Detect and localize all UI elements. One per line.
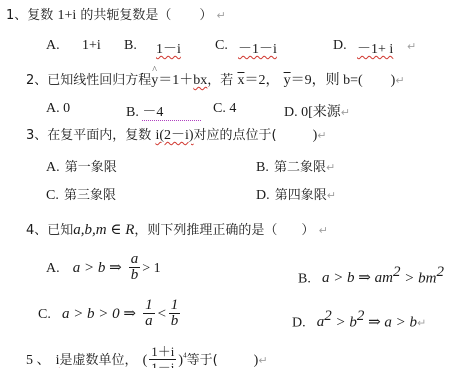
question-2-stem: 2、已知线性回归方程y＝1＋bx，若 x＝2， y＝9，则 b=()↵ [26,73,405,89]
question-number: 4、 [26,223,47,238]
option-label: D. [256,188,270,203]
paragraph-mark-icon: ↵ [319,224,328,237]
q2-option-d: D. 0[来源↵ [284,101,350,121]
option-label: C. [213,101,226,116]
stem-text: 复数 [27,8,53,23]
stem-text: 等于( [187,353,218,368]
q4-option-c: C. a > b > 0 ⇒ 1a<1b [38,298,182,329]
option-label: B. [256,160,269,175]
denominator: 1－i [149,360,176,368]
math-expression: bx [193,73,207,88]
fraction: 1b [169,298,181,329]
math-expression: > 1 [142,261,160,276]
stem-text: 在复平面内，复数 [47,128,151,143]
option-label: B. [298,271,311,286]
numerator: 1 [143,298,155,314]
question-number: 5 、 [26,353,51,368]
paragraph-mark-icon: ↵ [395,74,404,87]
fraction: ab [129,252,141,283]
question-5-stem: 5 、 i是虚数单位， (1＋i1－i)4等于()↵ [26,344,268,368]
q1-option-b: B. [124,38,137,54]
option-value: 第三象限 [64,188,116,203]
q1-option-c: C. [215,38,228,54]
question-4-stem: 4、已知a,b,m ∈ R，则下列推理正确的是（） ↵ [26,222,328,239]
math-expression: ＝2， [244,73,279,88]
exponent: 2 [436,264,444,280]
fraction: 1＋i1－i [149,344,176,368]
option-label: B. [124,38,137,53]
option-label: A. [46,101,60,116]
option-label: C. [46,188,59,203]
paragraph-mark-icon: ↵ [217,9,226,22]
option-value: 0 [63,101,70,116]
option-value: 第二象限 [274,160,326,175]
stem-text: ，若 [207,73,233,88]
question-3-stem: 3、在复平面内，复数 i(2－i)对应的点位于()↵ [26,128,327,144]
q4-option-a: A. a > b ⇒ ab> 1 [46,252,161,283]
math-expression: a > b ⇒ am [322,270,393,286]
math-expression: 1+i [57,8,76,23]
q3-option-c: C. 第三象限 [46,184,116,204]
paragraph-mark-icon: ↵ [341,106,350,119]
option-label: B. [126,105,139,120]
option-value: －4 [142,105,201,121]
option-label: A. [46,38,60,53]
stem-text: ，则下列推理正确的是（ [134,223,277,238]
q1-option-b-value: 1－i [156,38,181,58]
option-value: 0[来源 [301,105,341,120]
option-label: A. [46,261,60,276]
numerator: 1 [169,298,181,314]
math-expression: a > b ⇒ [73,260,122,276]
exponent: 2 [324,308,332,324]
paragraph-mark-icon: ↵ [327,189,336,202]
question-number: 2、 [26,73,47,88]
math-expression: a > b > 0 ⇒ [62,306,136,322]
math-expression: ＝1＋ [158,73,193,88]
math-expression: a,b,m ∈ R [73,222,134,238]
option-label: A. [46,160,60,175]
option-label: C. [38,307,51,322]
stem-text: 是虚数单位， [59,353,137,368]
q3-option-a: A. 第一象限 [46,156,117,176]
option-value: 4 [229,101,236,116]
denominator: b [169,314,181,329]
paragraph-mark-icon: ↵ [407,40,416,53]
y-bar-symbol: y [284,73,291,88]
math-expression: < [157,306,167,322]
math-expression: i(2－i) [155,128,193,143]
q1-option-a-value: 1+i [82,38,101,54]
q3-option-d: D. 第四象限↵ [256,184,336,204]
math-expression: ⇒ a > b [364,314,417,330]
stem-text: 已知线性回归方程 [47,73,151,88]
option-value: 第四象限 [275,188,327,203]
question-number: 3、 [26,128,47,143]
denominator: a [143,314,155,329]
q4-option-d: D. a2 > b2 ⇒ a > b↵ [292,308,426,331]
q1-option-a: A. [46,38,60,54]
paragraph-mark-icon: ↵ [417,316,426,329]
question-1-stem: 1、复数 1+i 的共轭复数是（） ↵ [6,8,226,24]
stem-text: 对应的点位于( [194,128,277,143]
math-expression: > b [332,314,357,330]
q1-option-c-value: －1－i [238,38,277,58]
q1-option-d-value: －1+ i [357,38,393,58]
y-hat-symbol: y [151,73,158,89]
stem-text: 的共轭复数是（ [80,8,171,23]
paragraph-mark-icon: ↵ [258,354,267,367]
answer-blank: ） [301,223,314,238]
stem-text: 已知 [47,223,73,238]
paragraph-mark-icon: ↵ [317,129,326,142]
q3-option-b: B. 第二象限↵ [256,156,335,176]
answer-blank: ） [199,8,212,23]
q4-option-b: B. a > b ⇒ am2 > bm2 [298,264,444,287]
denominator: b [129,268,141,283]
fraction: 1a [143,298,155,329]
option-label: D. [292,315,306,330]
q1-option-d: D. [333,38,347,54]
math-expression: ＝9，则 b=( [291,73,363,88]
q2-option-b: B. －4 [126,101,201,121]
math-expression: > bm [400,270,436,286]
option-label: D. [284,105,298,120]
numerator: 1＋i [149,344,176,360]
option-value: 第一象限 [65,160,117,175]
numerator: a [129,252,141,268]
question-number: 1、 [6,8,27,23]
paragraph-mark-icon: ↵ [326,161,335,174]
q2-option-c: C. 4 [213,101,236,117]
q2-option-a: A. 0 [46,101,70,117]
